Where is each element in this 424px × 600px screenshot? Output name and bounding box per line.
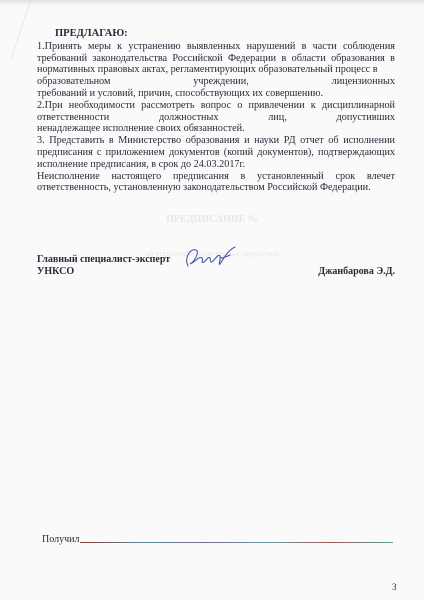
received-label: Получил: [42, 534, 79, 545]
received-by: Получил: [42, 534, 393, 545]
item-2-text: 2.При необходимости рассмотреть вопрос о…: [37, 100, 395, 124]
signer-name: Джанбарова Э.Д.: [318, 266, 395, 278]
signer-role: Главный специалист-эксперт УНКСО: [37, 254, 170, 278]
signature-block: Главный специалист-эксперт УНКСО Джанбар…: [37, 254, 395, 284]
item-1-text: 1.Принять меры к устранению выявленных н…: [37, 41, 395, 76]
item-1-end: требований и условий, причин, способству…: [37, 88, 395, 100]
received-signature-line: [80, 542, 393, 543]
bleed-through-text: ПРЕДПИСАНИЕ № об устранении выявленных н…: [35, 200, 389, 480]
item-3-text: 3. Представить в Министерство образовани…: [37, 135, 395, 170]
handwritten-signature-icon: [180, 244, 240, 272]
item-2-end: ненадлежащее исполнение своих обязанност…: [37, 123, 395, 135]
page-top-edge: [0, 0, 424, 6]
signer-role-line1: Главный специалист-эксперт: [37, 254, 170, 266]
liability-notice: Неисполнение настоящего предписания в ус…: [37, 171, 395, 195]
signer-role-line2: УНКСО: [37, 266, 170, 278]
document-body: ПРЕДЛАГАЮ: 1.Принять меры к устранению в…: [37, 28, 395, 194]
page-number: 3: [392, 582, 397, 592]
bleed-title: ПРЕДПИСАНИЕ №: [35, 213, 389, 226]
page-corner-fold: [0, 0, 31, 60]
item-1-spaced-line: образовательном учреждении, лицензионных: [37, 76, 395, 88]
section-heading: ПРЕДЛАГАЮ:: [55, 28, 395, 40]
